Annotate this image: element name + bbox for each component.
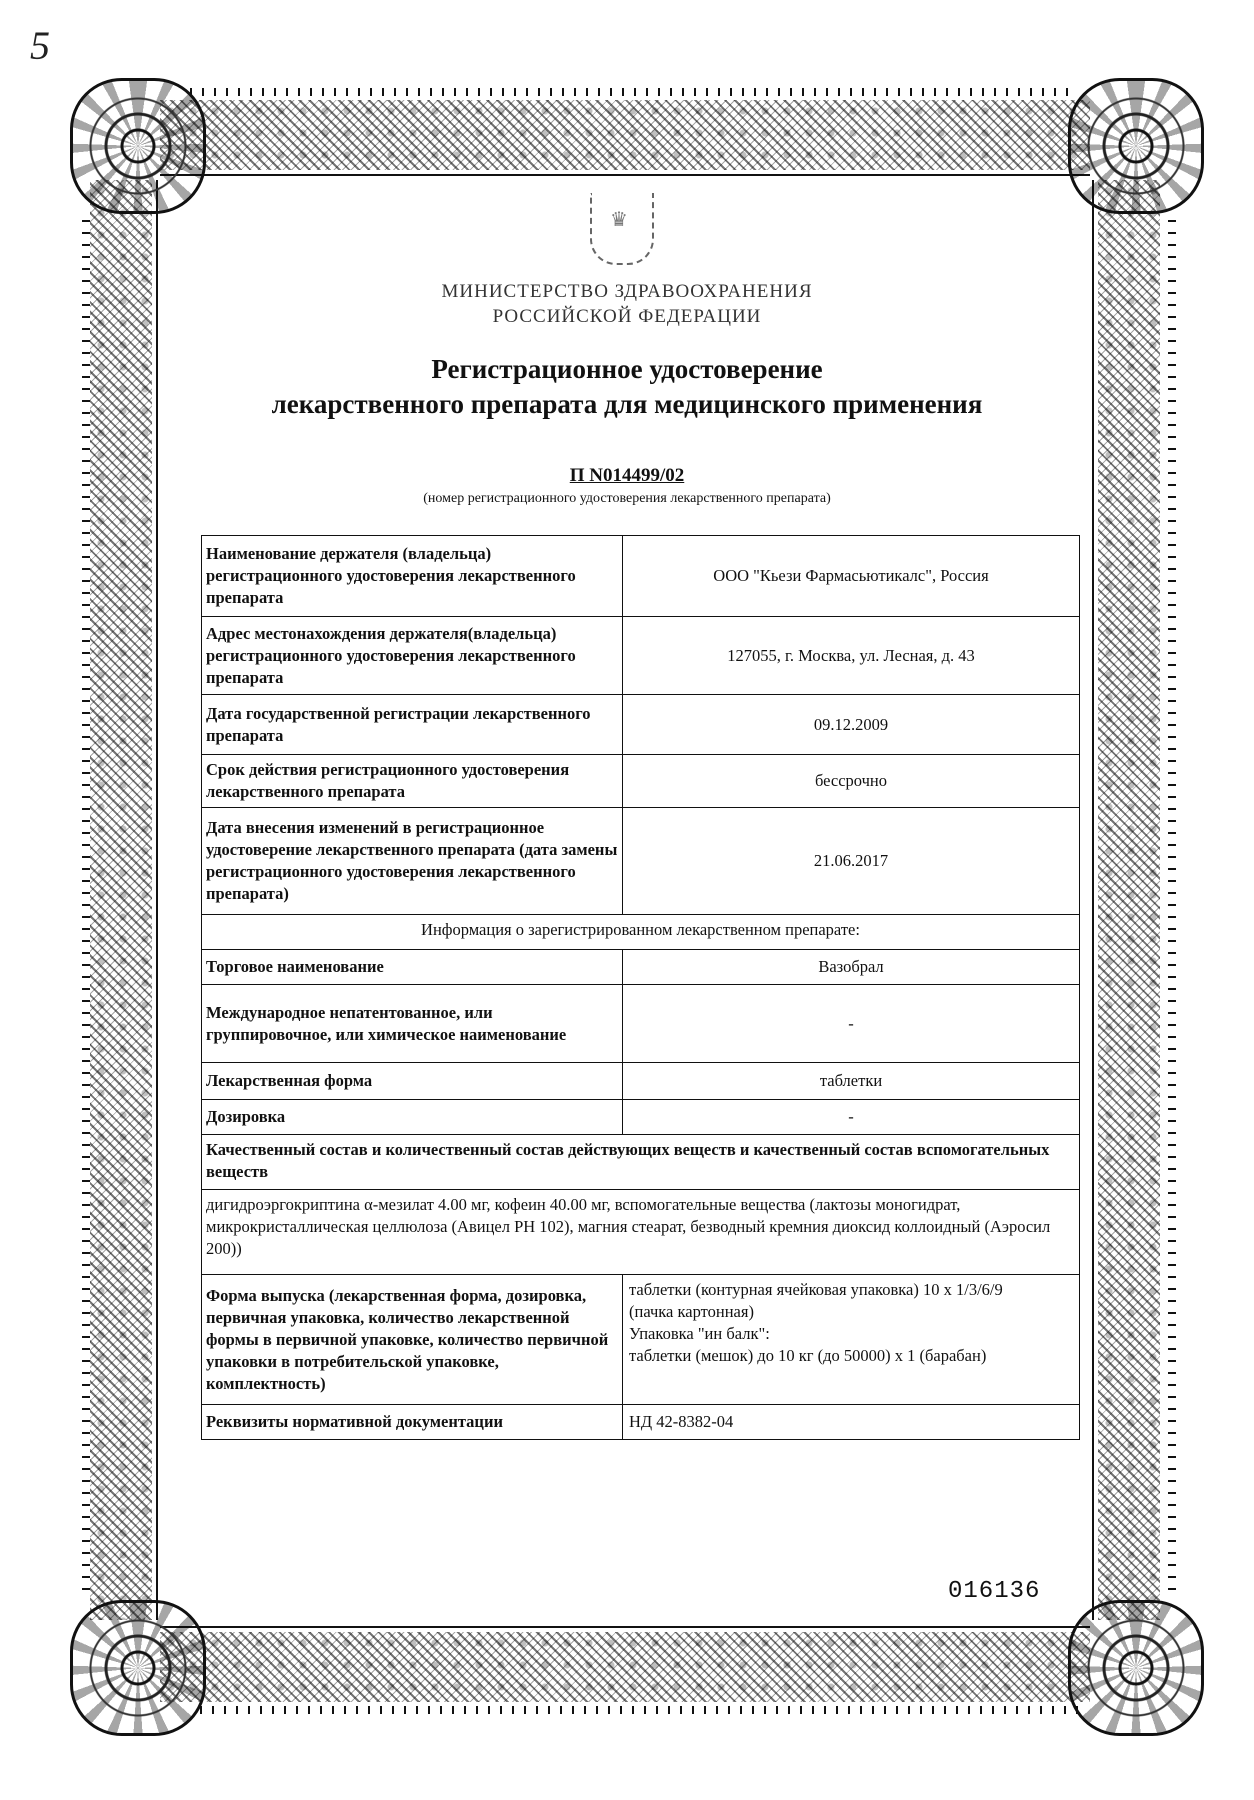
- normative-docs-label: Реквизиты нормативной документации: [202, 1405, 623, 1439]
- release-form-line4: таблетки (мешок) до 10 кг (до 50000) х 1…: [629, 1345, 986, 1367]
- registration-number-value: П N014499/02: [570, 465, 685, 486]
- validity-label: Срок действия регистрационного удостовер…: [202, 755, 623, 807]
- dosage-form-label: Лекарственная форма: [202, 1063, 623, 1099]
- frame-ticks-right: [1168, 220, 1176, 1600]
- table-row-change-date: Дата внесения изменений в регистрационно…: [201, 808, 1080, 915]
- release-form-line3: Упаковка "ин балк":: [629, 1323, 770, 1345]
- release-form-value: таблетки (контурная ячейковая упаковка) …: [623, 1275, 1079, 1404]
- ministry-name-line2: РОССИЙСКОЙ ФЕДЕРАЦИИ: [0, 306, 1254, 328]
- table-row-validity: Срок действия регистрационного удостовер…: [201, 755, 1080, 808]
- table-row-inn: Международное непатентованное, или групп…: [201, 985, 1080, 1063]
- frame-band-top: [160, 100, 1090, 170]
- inn-label: Международное непатентованное, или групп…: [202, 985, 623, 1062]
- rosette-corner-bottom-right-icon: [1068, 1600, 1204, 1736]
- dosage-form-value: таблетки: [623, 1063, 1079, 1099]
- release-form-line2: (пачка картонная): [629, 1301, 754, 1323]
- table-row-normative-docs: Реквизиты нормативной документации НД 42…: [201, 1405, 1080, 1440]
- registration-number-caption: (номер регистрационного удостоверения ле…: [0, 491, 1254, 507]
- composition-value: дигидроэргокриптина α-мезилат 4.00 мг, к…: [202, 1190, 1079, 1274]
- table-row-registration-date: Дата государственной регистрации лекарст…: [201, 695, 1080, 755]
- coat-of-arms-icon: ♛: [590, 193, 654, 265]
- normative-docs-value: НД 42-8382-04: [623, 1405, 1079, 1439]
- table-row-composition-value: дигидроэргокриптина α-мезилат 4.00 мг, к…: [201, 1190, 1080, 1275]
- rosette-corner-top-right-icon: [1068, 78, 1204, 214]
- frame-ticks-left: [82, 220, 90, 1600]
- holder-name-label: Наименование держателя (владельца) регис…: [202, 536, 623, 616]
- table-row-holder-address: Адрес местонахождения держателя(владельц…: [201, 617, 1080, 695]
- serial-number: 016136: [948, 1578, 1040, 1605]
- frame-inner-rule-bottom: [160, 1626, 1090, 1628]
- change-date-value: 21.06.2017: [623, 808, 1079, 914]
- frame-band-bottom: [160, 1632, 1090, 1702]
- composition-header: Качественный состав и количественный сос…: [202, 1135, 1079, 1189]
- table-row-dosage: Дозировка -: [201, 1100, 1080, 1135]
- change-date-label: Дата внесения изменений в регистрационно…: [202, 808, 623, 914]
- document-title-line2: лекарственного препарата для медицинског…: [0, 389, 1254, 420]
- ministry-name-line1: МИНИСТЕРСТВО ЗДРАВООХРАНЕНИЯ: [0, 281, 1254, 303]
- inn-value: -: [623, 985, 1079, 1062]
- holder-name-value: ООО "Кьези Фармасьютикалс", Россия: [623, 536, 1079, 616]
- certificate-table: Наименование держателя (владельца) регис…: [201, 535, 1080, 1440]
- eagle-icon: ♛: [610, 207, 628, 232]
- frame-ticks-top: [190, 88, 1070, 96]
- margin-note: 5: [30, 22, 50, 69]
- table-row-release-form: Форма выпуска (лекарственная форма, дози…: [201, 1275, 1080, 1405]
- registration-date-label: Дата государственной регистрации лекарст…: [202, 695, 623, 754]
- document-title-line1: Регистрационное удостоверение: [0, 354, 1254, 385]
- dosage-label: Дозировка: [202, 1100, 623, 1134]
- release-form-line1: таблетки (контурная ячейковая упаковка) …: [629, 1279, 1003, 1301]
- frame-ticks-bottom: [200, 1706, 1080, 1714]
- frame-inner-rule-top: [160, 174, 1090, 176]
- table-row-info-header: Информация о зарегистрированном лекарств…: [201, 915, 1080, 950]
- registration-date-value: 09.12.2009: [623, 695, 1079, 754]
- rosette-corner-bottom-left-icon: [70, 1600, 206, 1736]
- validity-value: бессрочно: [623, 755, 1079, 807]
- table-row-holder-name: Наименование держателя (владельца) регис…: [201, 535, 1080, 617]
- trade-name-label: Торговое наименование: [202, 950, 623, 984]
- table-row-composition-header: Качественный состав и количественный сос…: [201, 1135, 1080, 1190]
- table-row-trade-name: Торговое наименование Вазобрал: [201, 950, 1080, 985]
- info-section-header: Информация о зарегистрированном лекарств…: [202, 915, 1079, 949]
- table-row-dosage-form: Лекарственная форма таблетки: [201, 1063, 1080, 1100]
- holder-address-label: Адрес местонахождения держателя(владельц…: [202, 617, 623, 694]
- trade-name-value: Вазобрал: [623, 950, 1079, 984]
- rosette-corner-top-left-icon: [70, 78, 206, 214]
- dosage-value: -: [623, 1100, 1079, 1134]
- release-form-label: Форма выпуска (лекарственная форма, дози…: [202, 1275, 623, 1404]
- registration-number: П N014499/02: [0, 465, 1254, 487]
- holder-address-value: 127055, г. Москва, ул. Лесная, д. 43: [623, 617, 1079, 694]
